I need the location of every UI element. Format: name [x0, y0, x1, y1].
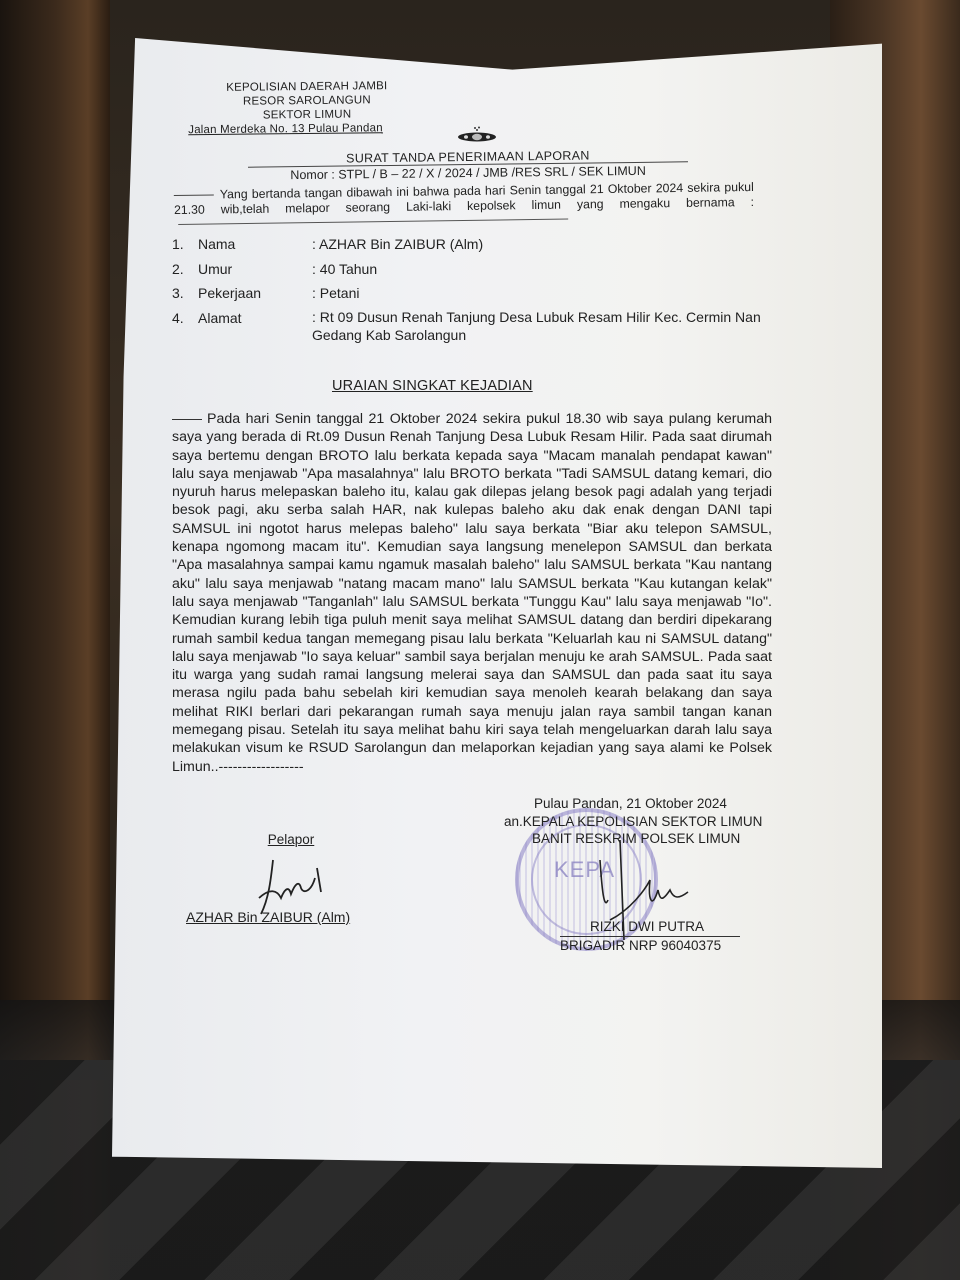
identity-number: 4.: [172, 310, 198, 344]
officer-identity: RIZKI DWI PUTRA BRIGADIR NRP 96040375: [560, 918, 800, 955]
name-underline: [560, 936, 740, 937]
leading-dash: [172, 419, 202, 420]
document-title: SURAT TANDA PENERIMAAN LAPORAN Nomor : S…: [248, 147, 688, 182]
identity-number: 3.: [172, 285, 198, 301]
letterhead: KEPOLISIAN DAERAH JAMBI RESOR SAROLANGUN…: [192, 79, 423, 137]
identity-row: 2. Umur : 40 Tahun: [172, 261, 812, 277]
identity-label: Pekerjaan: [198, 285, 312, 301]
leading-dash: [174, 195, 214, 197]
identity-value: : Rt 09 Dusun Renah Tanjung Desa Lubuk R…: [312, 308, 812, 344]
police-emblem-icon: [456, 126, 498, 142]
reporter-identity: 1. Nama : AZHAR Bin ZAIBUR (Alm) 2. Umur…: [172, 236, 812, 352]
reporter-signature-icon: [255, 858, 325, 918]
identity-value: : AZHAR Bin ZAIBUR (Alm): [312, 236, 812, 252]
incident-narrative: Pada hari Senin tanggal 21 Oktober 2024 …: [172, 410, 772, 776]
intro-paragraph: Yang bertanda tangan dibawah ini bahwa p…: [174, 180, 755, 232]
reporter-role: Pelapor: [186, 832, 386, 847]
letterhead-address: Jalan Merdeka No. 13 Pulau Pandan: [188, 121, 422, 137]
identity-row: 1. Nama : AZHAR Bin ZAIBUR (Alm): [172, 236, 812, 252]
officer-name: RIZKI DWI PUTRA: [560, 918, 800, 936]
identity-row: 3. Pekerjaan : Petani: [172, 285, 812, 301]
identity-label: Umur: [198, 261, 312, 277]
identity-row: 4. Alamat : Rt 09 Dusun Renah Tanjung De…: [172, 310, 812, 344]
document: KEPOLISIAN DAERAH JAMBI RESOR SAROLANGUN…: [0, 0, 960, 1280]
narrative-text: Pada hari Senin tanggal 21 Oktober 2024 …: [172, 411, 772, 775]
fill-line: [178, 219, 568, 225]
identity-label: Nama: [198, 236, 312, 252]
identity-label: Alamat: [198, 310, 312, 344]
place-date: Pulau Pandan, 21 Oktober 2024: [504, 795, 804, 813]
identity-value: : Petani: [312, 285, 812, 301]
intro-text: Yang bertanda tangan dibawah ini bahwa p…: [174, 180, 754, 217]
signatory-org-line-1: an.KEPALA KEPOLISIAN SEKTOR LIMUN: [504, 813, 804, 831]
identity-number: 1.: [172, 236, 198, 252]
identity-value: : 40 Tahun: [312, 261, 812, 277]
identity-number: 2.: [172, 261, 198, 277]
letterhead-line-1: KEPOLISIAN DAERAH JAMBI: [192, 79, 422, 95]
officer-rank: BRIGADIR NRP 96040375: [560, 938, 721, 953]
section-title: URAIAN SINGKAT KEJADIAN: [332, 378, 533, 394]
